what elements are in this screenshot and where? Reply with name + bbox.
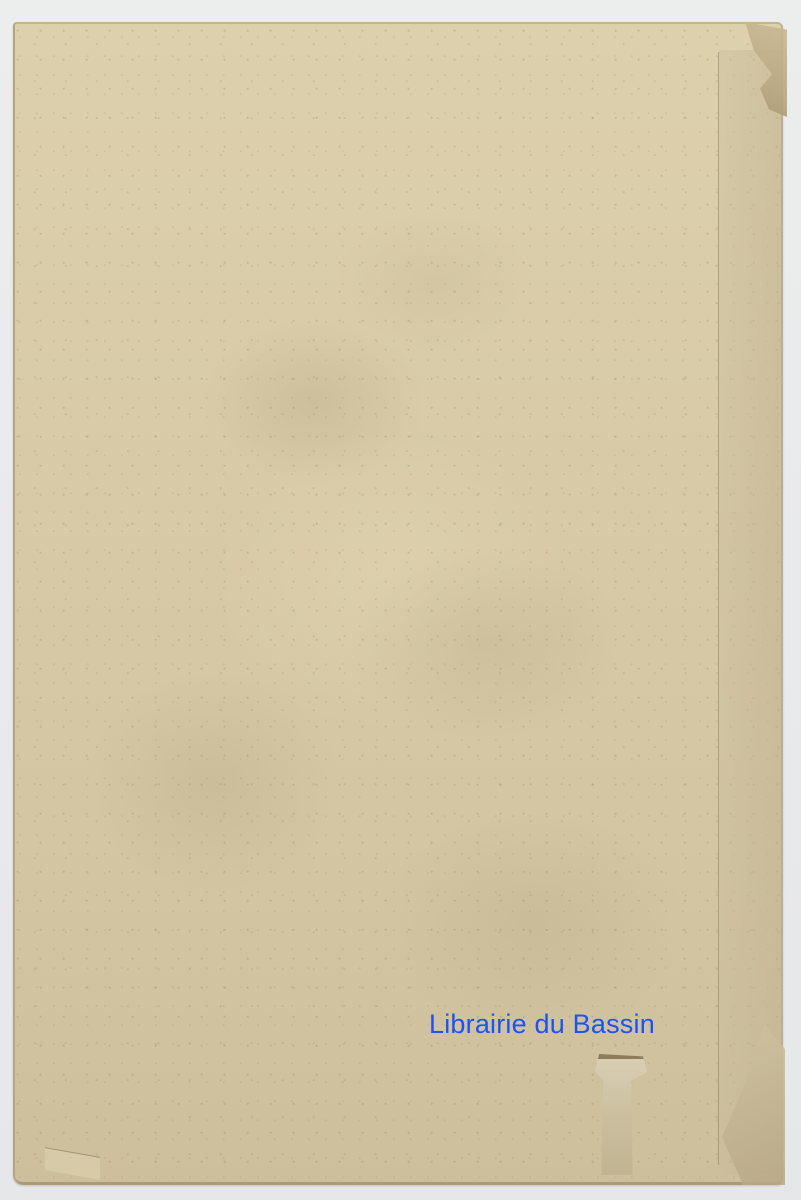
paper-speckle-texture <box>13 22 783 1185</box>
spine-flap <box>719 50 783 1175</box>
watermark-text: Librairie du Bassin <box>429 1006 655 1042</box>
spine-fold-line <box>718 52 719 1165</box>
photo-scene: Librairie du Bassin <box>0 0 801 1200</box>
book-cover <box>13 22 783 1185</box>
